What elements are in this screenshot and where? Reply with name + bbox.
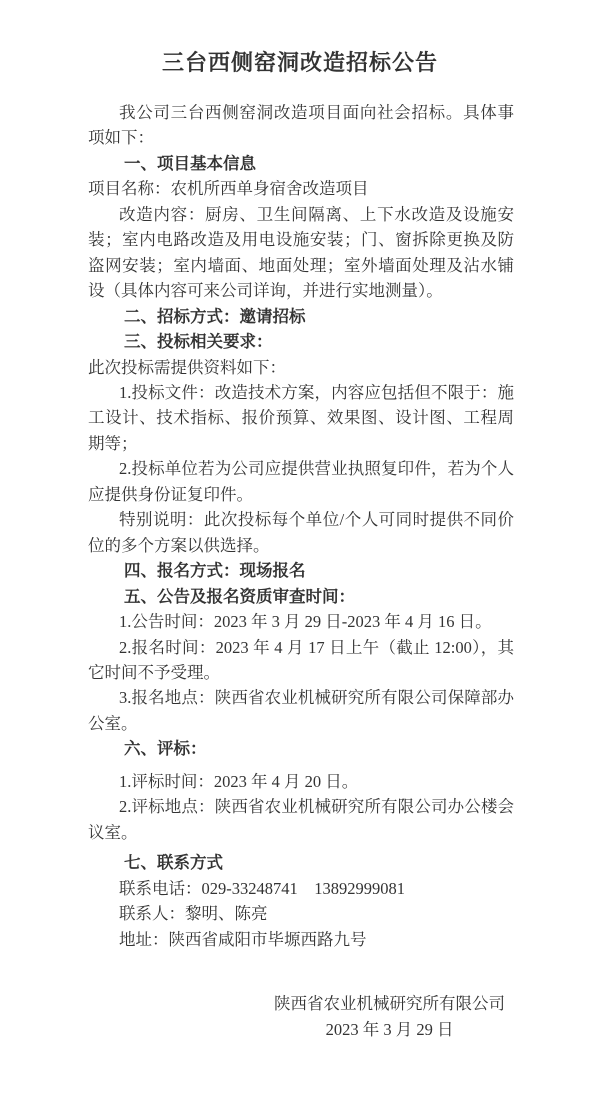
contact-phone-line: 联系电话：029-33248741 13892999081 [88, 876, 514, 901]
contact-address-line: 地址：陕西省咸阳市毕塬西路九号 [88, 927, 514, 952]
section-6-item-1: 1.评标时间：2023 年 4 月 20 日。 [88, 769, 514, 794]
contact-person-line: 联系人：黎明、陈亮 [88, 901, 514, 926]
section-7-heading: 七、联系方式 [88, 850, 514, 875]
section-3-item-2: 2.投标单位若为公司应提供营业执照复印件，若为个人应提供身份证复印件。 [88, 456, 514, 507]
section-3-item-1: 1.投标文件：改造技术方案，内容应包括但不限于：施工设计、技术指标、报价预算、效… [88, 380, 514, 456]
section-1-heading: 一、项目基本信息 [88, 151, 514, 176]
project-name-line: 项目名称：农机所西单身宿舍改造项目 [88, 176, 514, 201]
signature-company: 陕西省农业机械研究所有限公司 [274, 991, 505, 1017]
signature-date: 2023 年 3 月 29 日 [274, 1017, 505, 1043]
section-5-item-3: 3.报名地点：陕西省农业机械研究所有限公司保障部办公室。 [88, 685, 514, 736]
section-2-heading: 二、招标方式：邀请招标 [88, 304, 514, 329]
section-5-item-2: 2.报名时间：2023 年 4 月 17 日上午（截止 12:00），其它时间不… [88, 635, 514, 686]
section-6-heading: 六、评标： [88, 736, 514, 761]
section-5-heading: 五、公告及报名资质审查时间： [88, 584, 514, 609]
document-body: 我公司三台西侧窑洞改造项目面向社会招标。具体事项如下： 一、项目基本信息 项目名… [0, 100, 600, 952]
section-3-lead: 此次投标需提供资料如下： [88, 355, 514, 380]
signature-block: 陕西省农业机械研究所有限公司 2023 年 3 月 29 日 [0, 991, 600, 1043]
document-page: 三台西侧窑洞改造招标公告 我公司三台西侧窑洞改造项目面向社会招标。具体事项如下：… [0, 0, 600, 1100]
section-3-special-note: 特别说明：此次投标每个单位/个人可同时提供不同价位的多个方案以供选择。 [88, 507, 514, 558]
section-5-item-1: 1.公告时间：2023 年 3 月 29 日-2023 年 4 月 16 日。 [88, 609, 514, 634]
renovation-content-paragraph: 改造内容：厨房、卫生间隔离、上下水改造及设施安装；室内电路改造及用电设施安装；门… [88, 202, 514, 304]
signature-inner: 陕西省农业机械研究所有限公司 2023 年 3 月 29 日 [274, 991, 505, 1043]
section-4-heading: 四、报名方式：现场报名 [88, 558, 514, 583]
section-6-item-2: 2.评标地点：陕西省农业机械研究所有限公司办公楼会议室。 [88, 794, 514, 845]
section-3-heading: 三、投标相关要求： [88, 329, 514, 354]
document-title: 三台西侧窑洞改造招标公告 [0, 47, 600, 79]
intro-paragraph: 我公司三台西侧窑洞改造项目面向社会招标。具体事项如下： [88, 100, 514, 151]
